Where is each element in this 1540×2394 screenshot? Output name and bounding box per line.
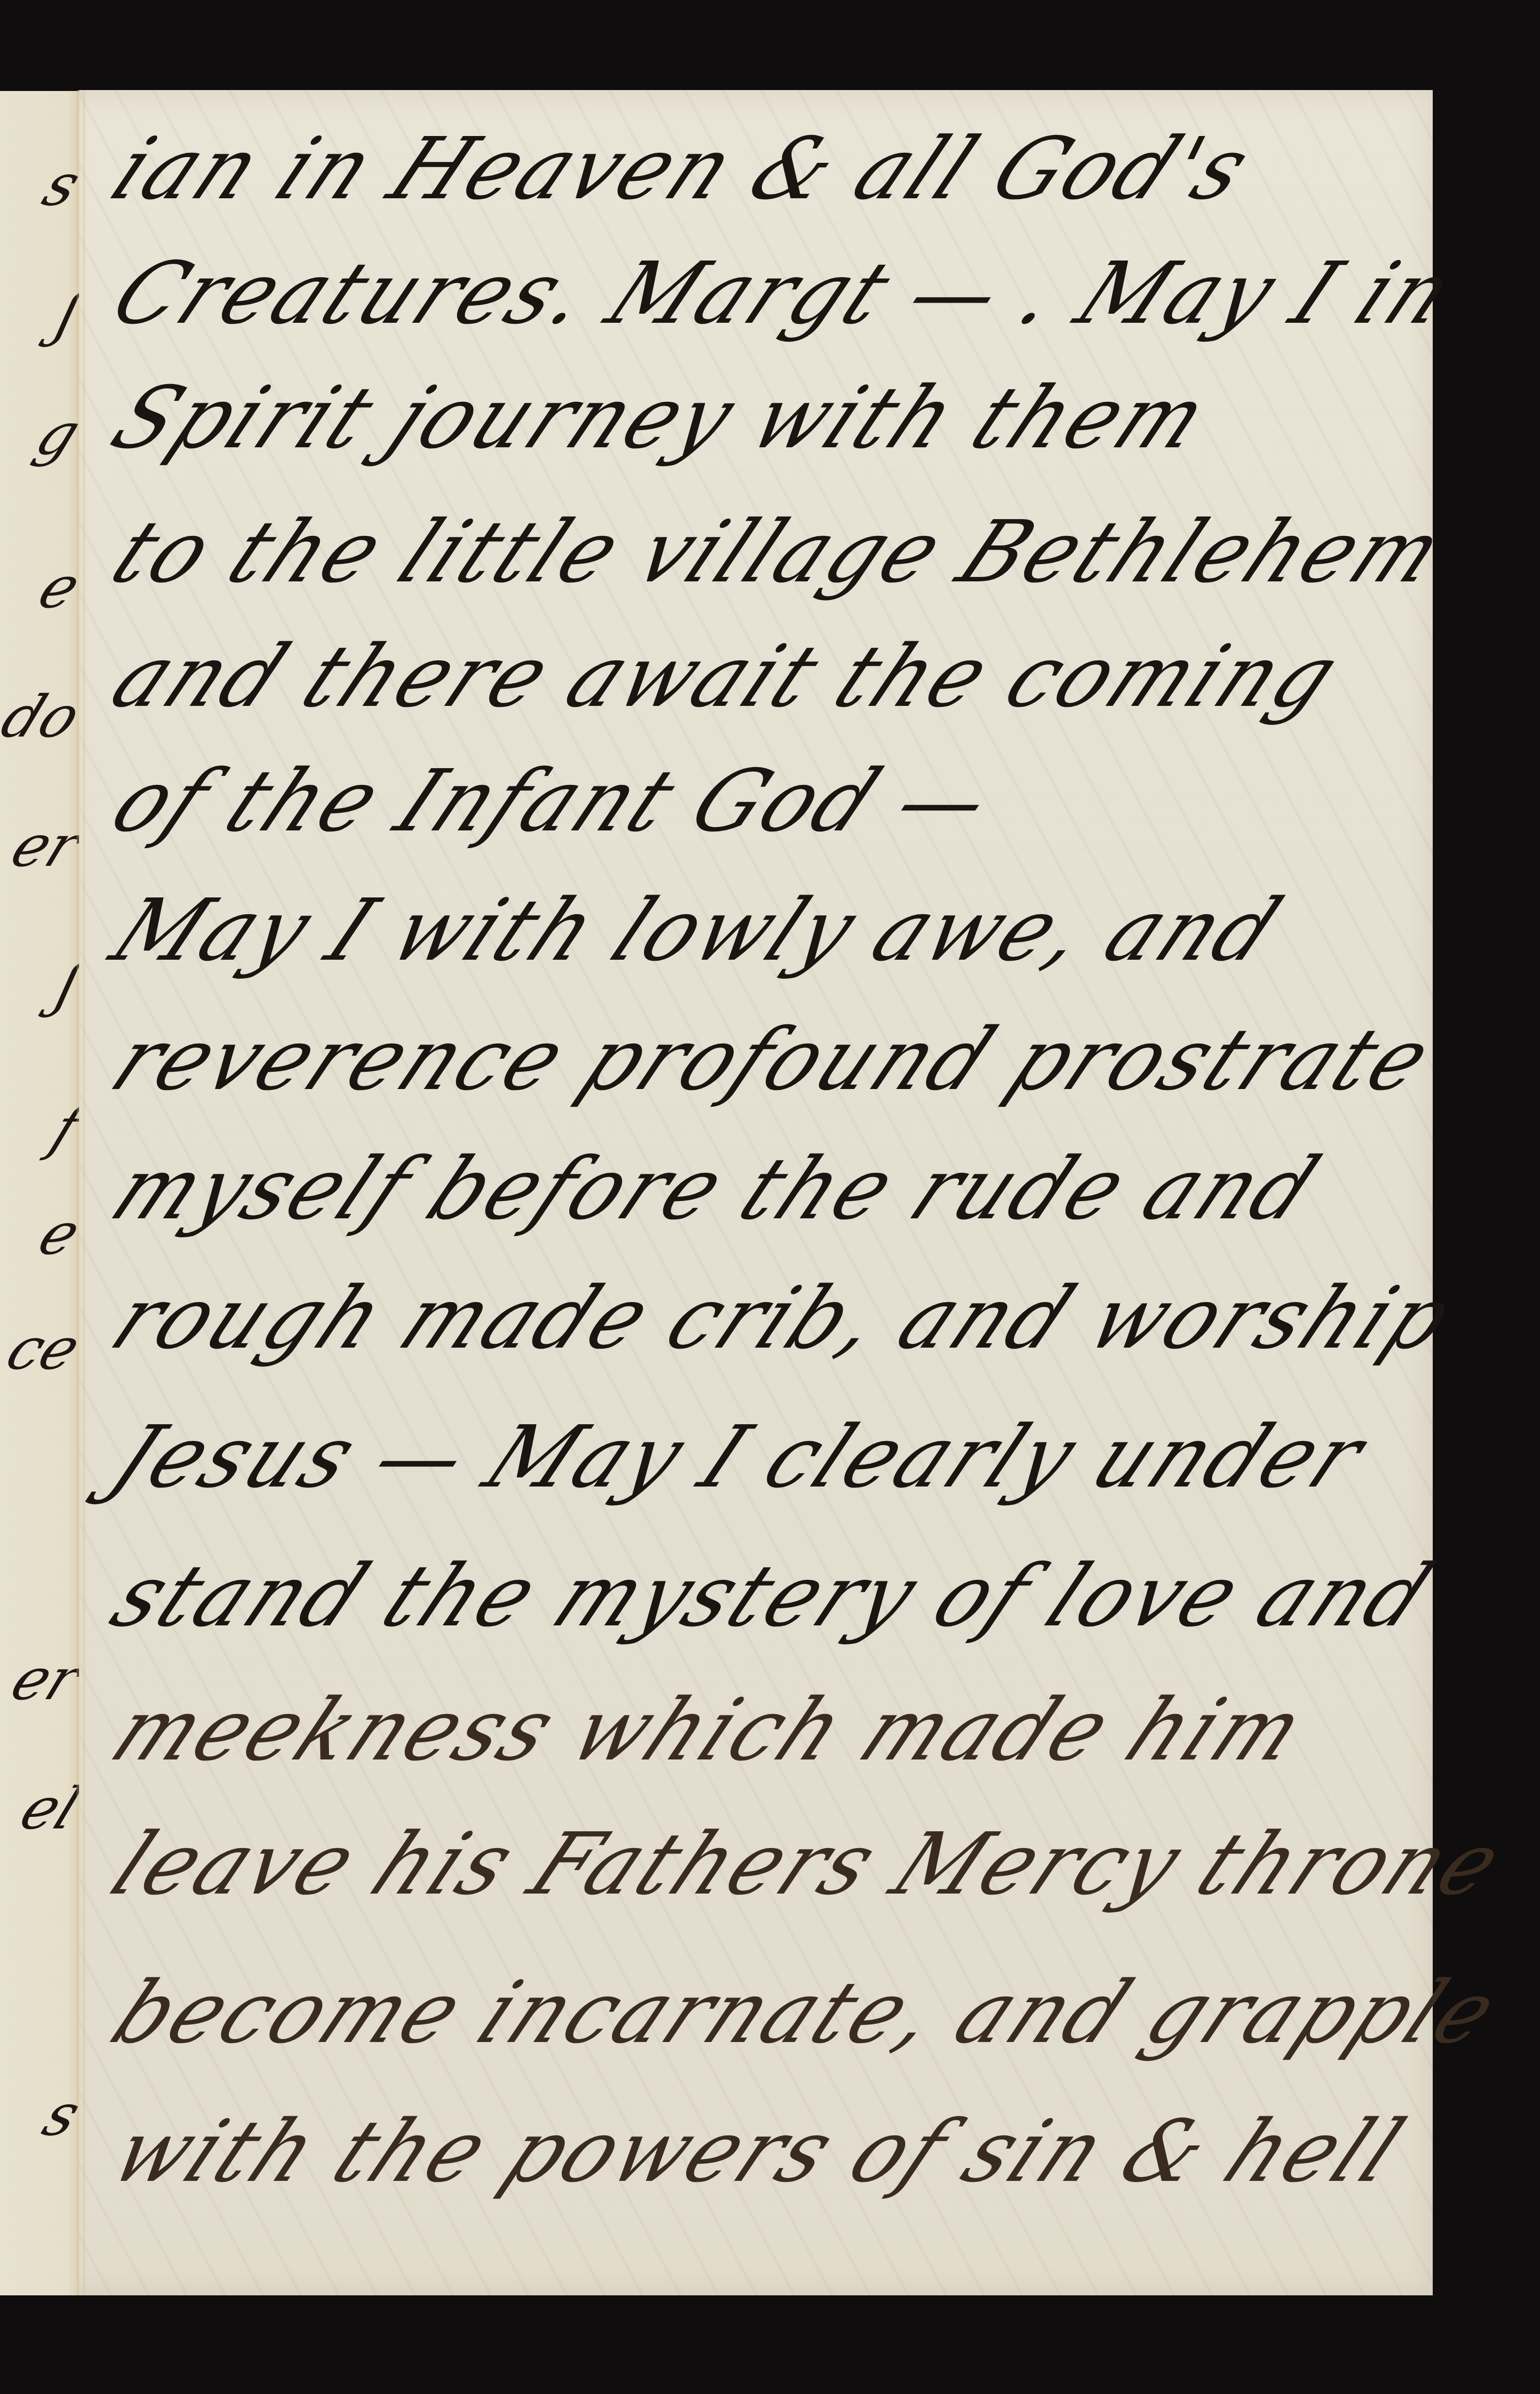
text-line: Creatures. Margt — . May I in xyxy=(96,243,1472,344)
text-line: reverence profound prostrate xyxy=(96,1010,1450,1110)
margin-fragment: f xyxy=(0,1096,79,1162)
text-line: meekness which made him xyxy=(96,1680,1324,1781)
margin-fragment: ʃ xyxy=(0,282,79,348)
manuscript-page: s ʃ g e do er ʃ f e ce er el s ian in He… xyxy=(0,90,1433,2295)
page-fold xyxy=(77,90,85,2295)
text-line: to the little village Bethlehem xyxy=(96,502,1462,602)
margin-fragment: s xyxy=(0,152,79,219)
text-line: of the Infant God — xyxy=(96,751,1011,851)
margin-fragment: e xyxy=(0,1201,79,1268)
text-line: May I with lowly awe, and xyxy=(96,880,1299,981)
text-line: myself before the rude and xyxy=(96,1139,1337,1239)
margin-fragment: g xyxy=(0,401,79,468)
text-line: rough made crib, and worship xyxy=(96,1268,1471,1369)
margin-fragment: e xyxy=(0,555,79,621)
margin-fragment: do xyxy=(0,684,79,750)
margin-fragment: er xyxy=(0,1646,79,1713)
margin-fragment: ʃ xyxy=(0,952,79,1019)
adjacent-page-edge: s ʃ g e do er ʃ f e ce er el s xyxy=(0,90,79,2295)
margin-fragment: ce xyxy=(0,1316,79,1383)
text-line: ian in Heaven & all God's xyxy=(96,119,1269,219)
text-line: Jesus — May I clearly under xyxy=(96,1407,1383,1508)
text-line: stand the mystery of love and xyxy=(96,1546,1450,1646)
margin-fragment: er xyxy=(0,813,79,880)
margin-fragment: s xyxy=(0,2082,79,2149)
page-notch xyxy=(0,90,79,91)
text-line: and there await the coming xyxy=(96,626,1358,727)
text-line: become incarnate, and grapple xyxy=(96,1963,1517,2063)
text-line: Spirit journey with them xyxy=(96,368,1226,468)
text-line: with the powers of sin & hell xyxy=(96,2101,1422,2202)
text-line: leave his Fathers Mercy throne xyxy=(96,1814,1521,1915)
margin-fragment: el xyxy=(0,1776,79,1842)
